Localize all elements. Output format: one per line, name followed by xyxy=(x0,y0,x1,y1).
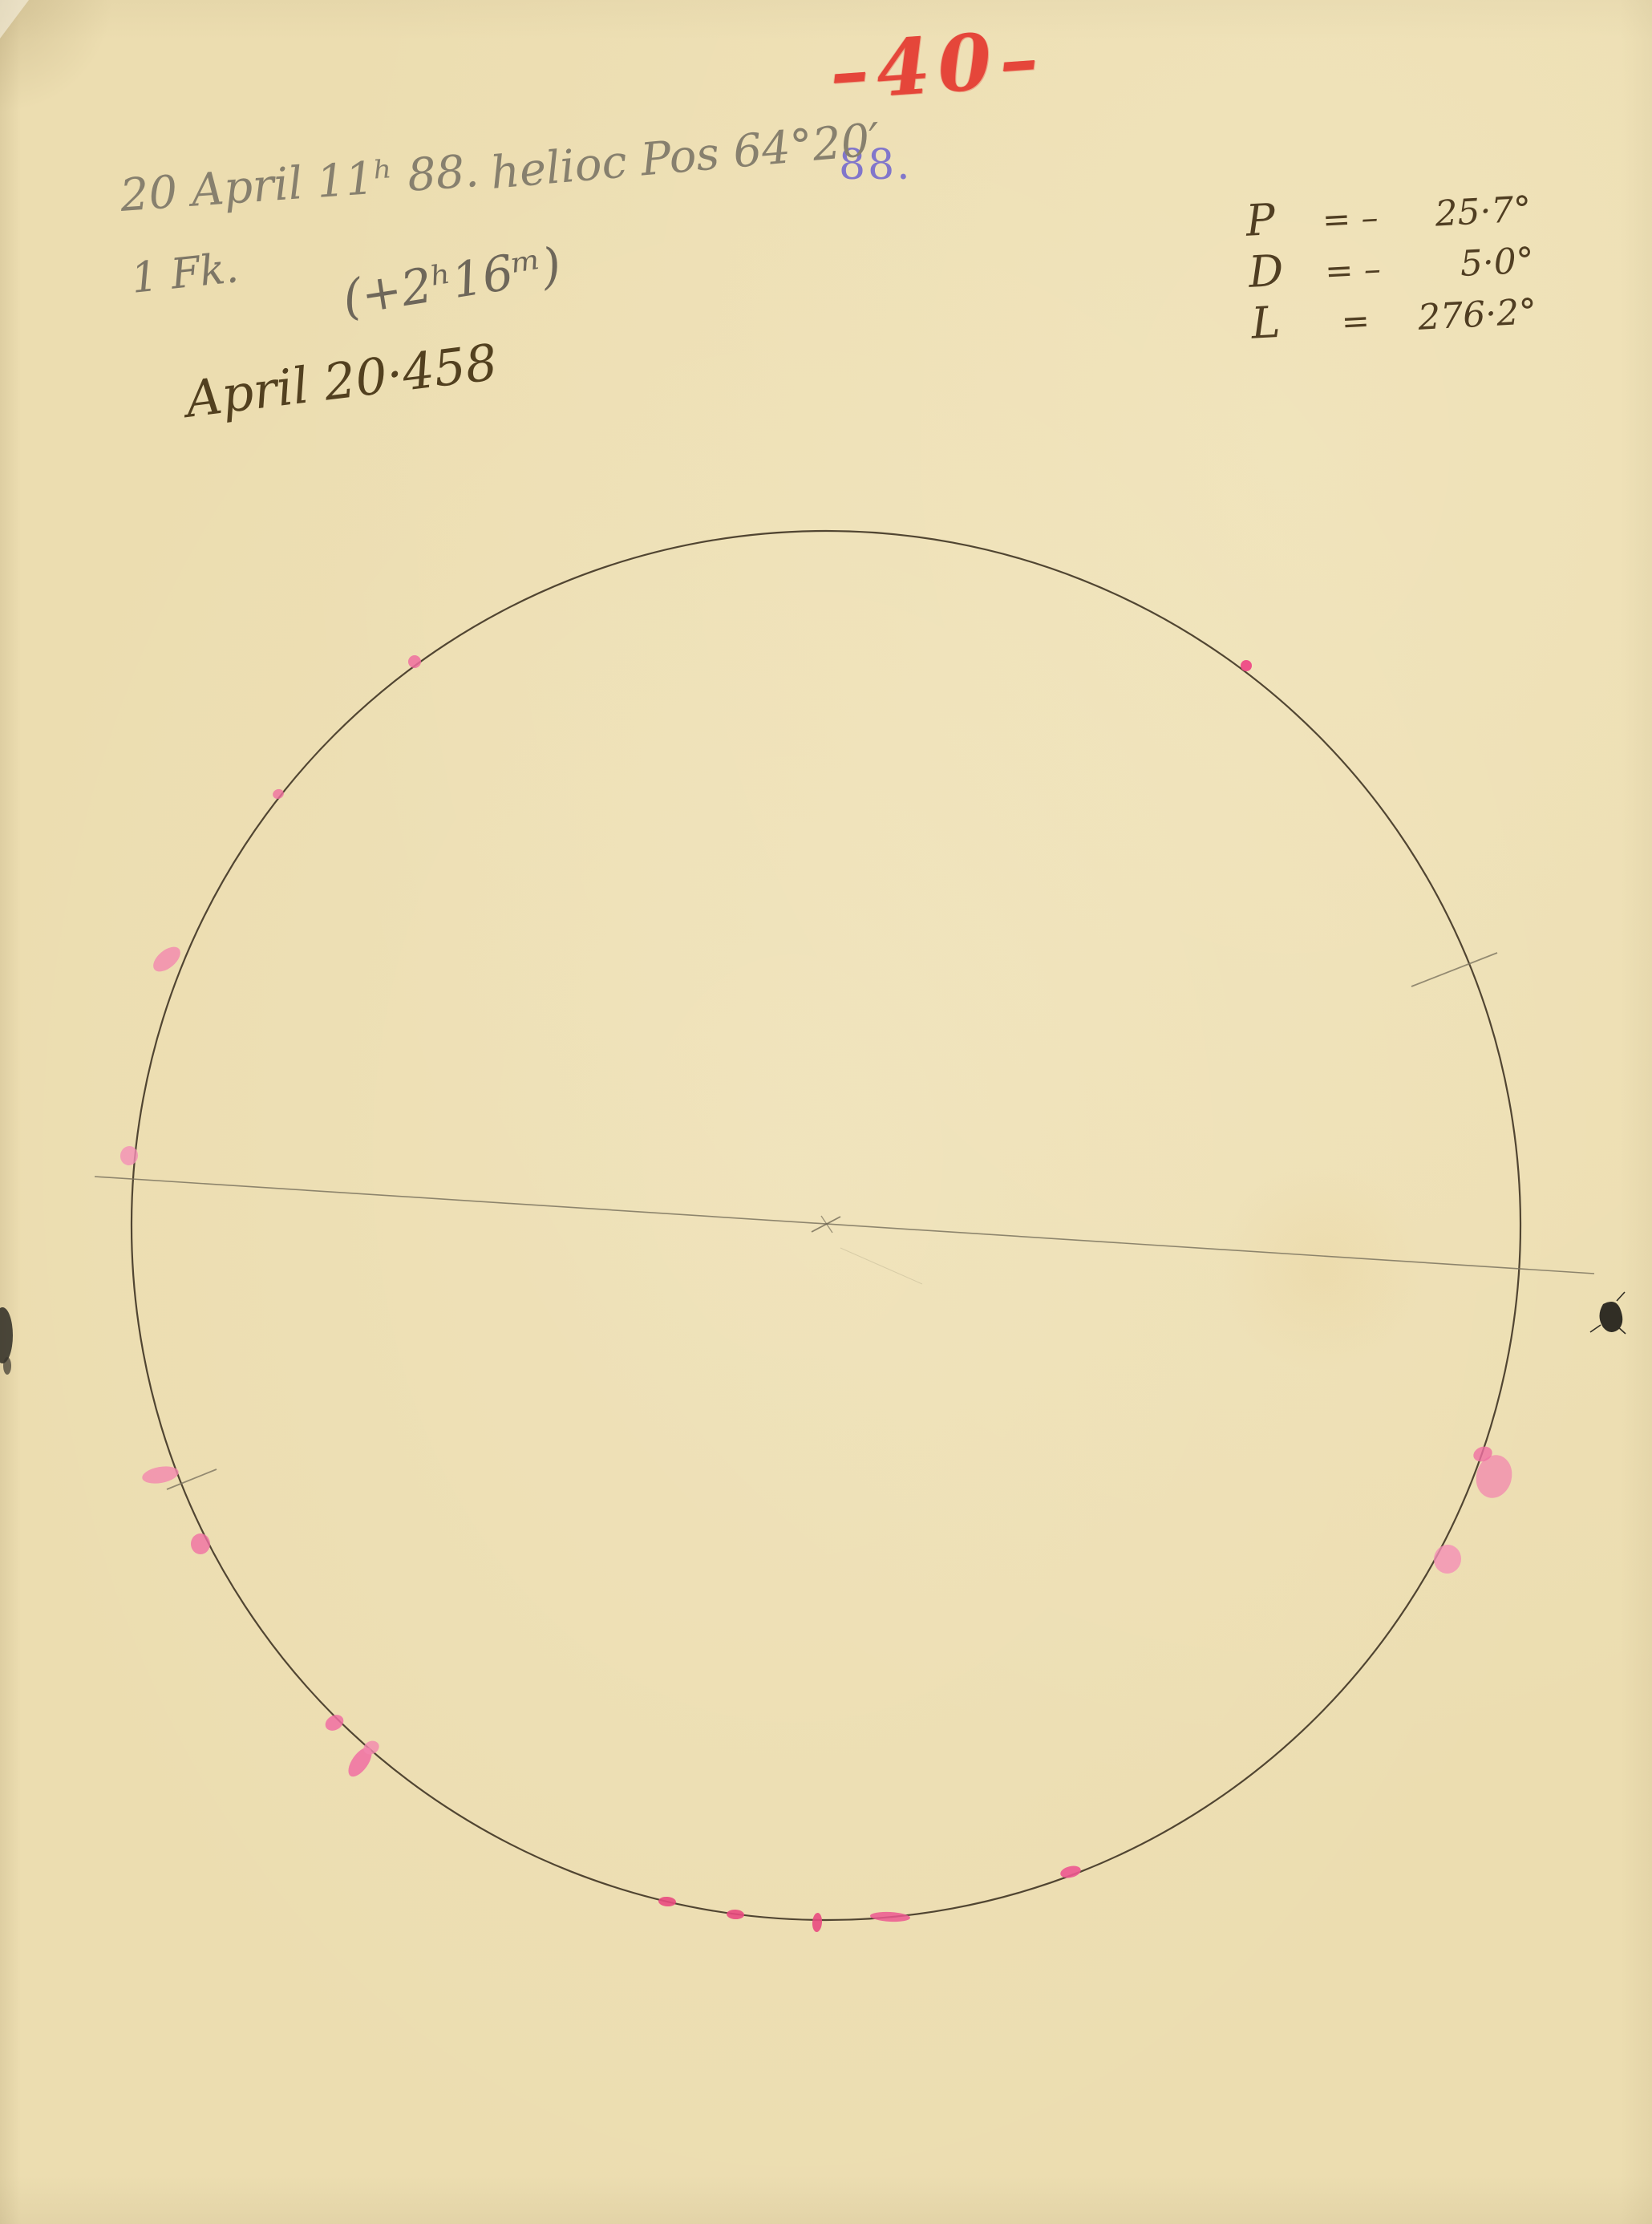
relation-d: = – xyxy=(1312,248,1394,291)
edge-smudge xyxy=(0,1307,13,1363)
prominence-mark xyxy=(1241,660,1252,671)
value-d: 5·0° xyxy=(1392,240,1535,288)
prominence-mark xyxy=(191,1533,210,1554)
folio-number: –40– xyxy=(827,12,1049,118)
relation-p: = – xyxy=(1309,197,1391,241)
ephemeris-block: P = – 25·7° D = – 5·0° L = 276·2° xyxy=(1245,180,1538,349)
prominence-mark xyxy=(1059,1864,1083,1880)
prominence-mark xyxy=(1431,1542,1464,1575)
relation-l: = xyxy=(1314,299,1396,342)
prominence-mark xyxy=(870,1911,911,1923)
paper-crease xyxy=(840,1248,922,1284)
symbol-d: D xyxy=(1247,244,1314,298)
prominence-mark xyxy=(658,1896,677,1907)
prominence-mark xyxy=(727,1909,745,1919)
ink-blot xyxy=(1590,1292,1626,1334)
observation-sheet: –40– 88. 20 April 11ʰ 88. helioc Pos 64°… xyxy=(0,0,1652,2224)
solar-limb-circle xyxy=(132,531,1520,1920)
symbol-p: P xyxy=(1245,192,1311,246)
limb-tick-mark xyxy=(1411,953,1497,986)
symbol-l: L xyxy=(1250,295,1317,349)
value-l: 276·2° xyxy=(1395,291,1537,339)
prominence-mark xyxy=(812,1913,823,1933)
torn-corner xyxy=(0,0,29,38)
value-p: 25·7° xyxy=(1389,188,1532,237)
equator-line xyxy=(95,1177,1594,1274)
prominence-mark xyxy=(408,655,421,668)
edge-smudge-small xyxy=(3,1357,11,1375)
prominence-mark xyxy=(271,788,285,800)
